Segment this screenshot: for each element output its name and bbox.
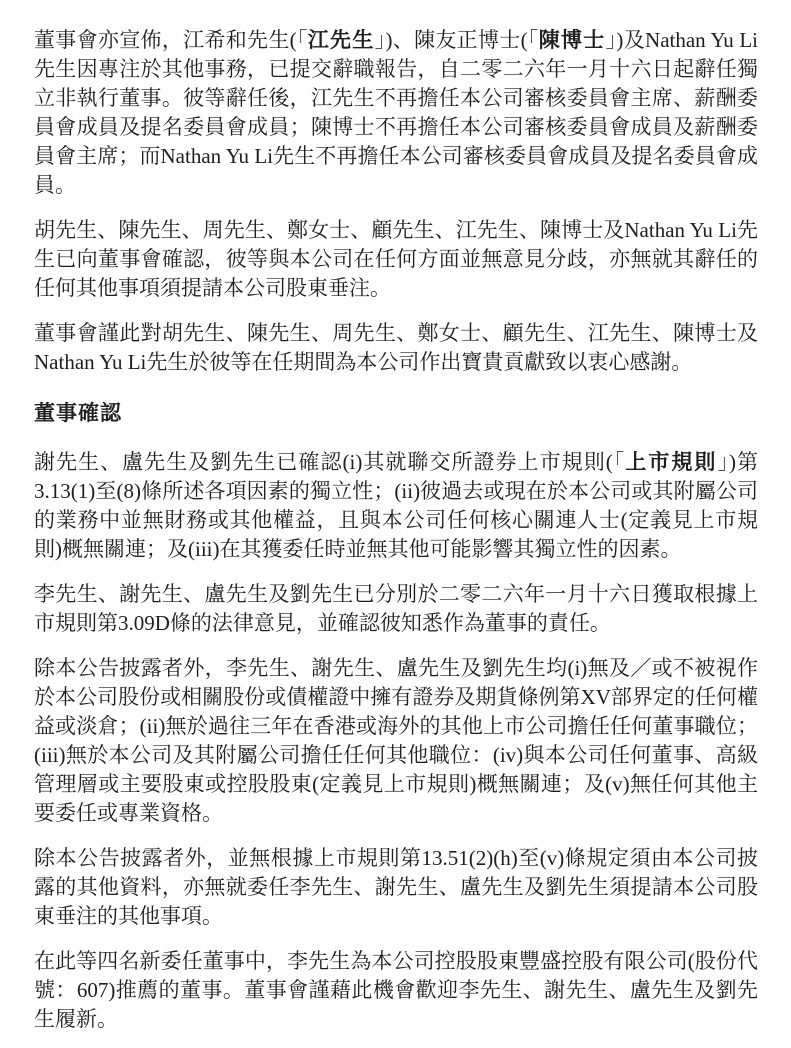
paragraph-text: 」)及Nathan Yu Li先生因專注於其他事務，已提交辭職報告，自二零二六年… — [34, 28, 758, 197]
paragraph-text: 董事會亦宣佈，江希和先生(「 — [34, 28, 308, 52]
paragraph-text: 董事會謹此對胡先生、陳先生、周先生、鄭女士、顧先生、江先生、陳博士及Nathan… — [34, 321, 758, 374]
paragraph-text: 胡先生、陳先生、周先生、鄭女士、顧先生、江先生、陳博士及Nathan Yu Li… — [34, 218, 758, 300]
paragraph-independence-confirmation: 謝先生、盧先生及劉先生已確認(i)其就聯交所證券上市規則(「上市規則」)第3.1… — [34, 448, 758, 564]
paragraph-no-disagreement-confirmation: 胡先生、陳先生、周先生、鄭女士、顧先生、江先生、陳博士及Nathan Yu Li… — [34, 216, 758, 303]
paragraph-legal-advice: 李先生、謝先生、盧先生及劉先生已分別於二零二六年一月十六日獲取根據上市規則第3.… — [34, 580, 758, 638]
defined-term-mr-kong: 江先生 — [308, 28, 375, 52]
paragraph-text: 除本公告披露者外，並無根據上市規則第13.51(2)(h)至(v)條規定須由本公… — [34, 846, 758, 928]
paragraph-no-other-matters: 除本公告披露者外，並無根據上市規則第13.51(2)(h)至(v)條規定須由本公… — [34, 844, 758, 931]
paragraph-text: 謝先生、盧先生及劉先生已確認(i)其就聯交所證券上市規則(「 — [34, 450, 625, 474]
paragraph-board-gratitude: 董事會謹此對胡先生、陳先生、周先生、鄭女士、顧先生、江先生、陳博士及Nathan… — [34, 319, 758, 377]
document-page: 董事會亦宣佈，江希和先生(「江先生」)、陳友正博士(「陳博士」)及Nathan … — [0, 0, 791, 1048]
paragraph-resignation-announcement: 董事會亦宣佈，江希和先生(「江先生」)、陳友正博士(「陳博士」)及Nathan … — [34, 26, 758, 200]
paragraph-welcome-new-directors: 在此等四名新委任董事中，李先生為本公司控股股東豐盛控股有限公司(股份代號：607… — [34, 947, 758, 1034]
paragraph-text: 李先生、謝先生、盧先生及劉先生已分別於二零二六年一月十六日獲取根據上市規則第3.… — [34, 582, 758, 635]
announcement-body: 董事會亦宣佈，江希和先生(「江先生」)、陳友正博士(「陳博士」)及Nathan … — [0, 0, 791, 1034]
defined-term-dr-chen: 陳博士 — [539, 28, 606, 52]
section-heading-director-confirmation: 董事確認 — [34, 399, 758, 428]
paragraph-text: 在此等四名新委任董事中，李先生為本公司控股股東豐盛控股有限公司(股份代號：607… — [34, 949, 758, 1031]
defined-term-listing-rules: 上市規則 — [625, 450, 717, 474]
paragraph-text: 」)、陳友正博士(「 — [375, 28, 539, 52]
paragraph-no-interests-disclosure: 除本公告披露者外，李先生、謝先生、盧先生及劉先生均(i)無及／或不被視作於本公司… — [34, 654, 758, 828]
paragraph-text: 除本公告披露者外，李先生、謝先生、盧先生及劉先生均(i)無及／或不被視作於本公司… — [34, 656, 758, 825]
